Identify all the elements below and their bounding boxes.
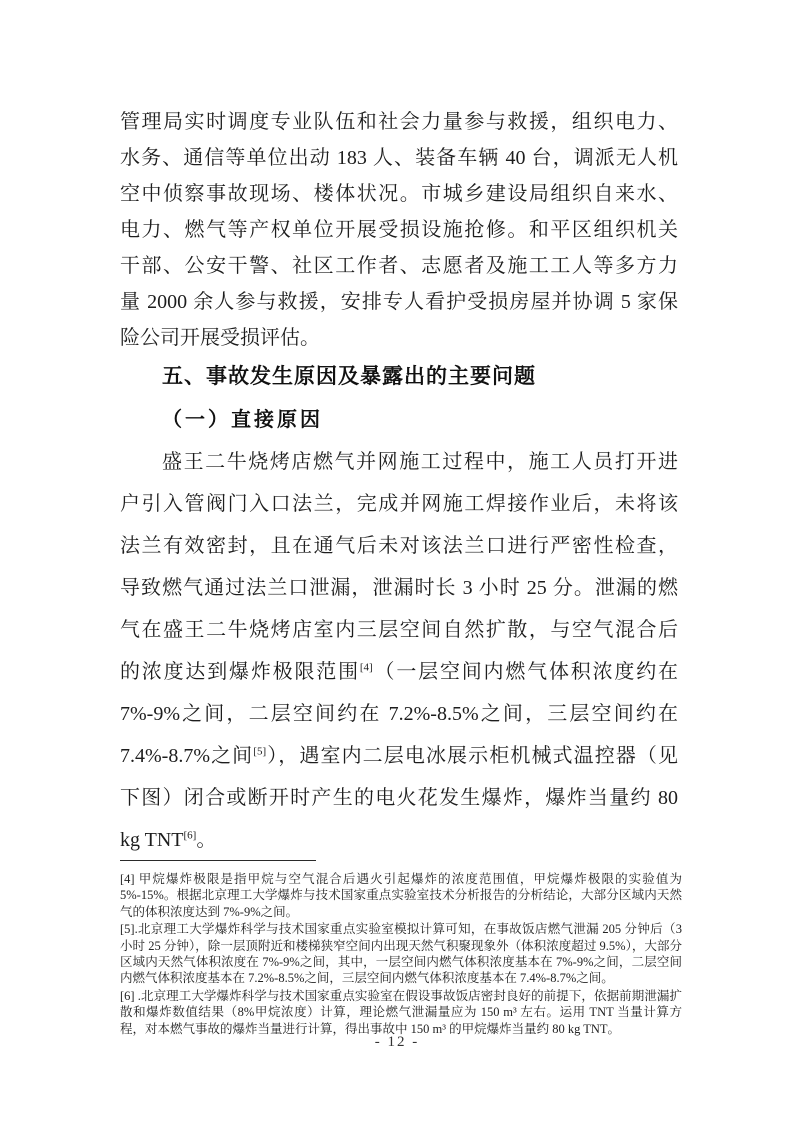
- body-line: 量 2000 余人参与救援，安排专人看护受损房屋并协调 5 家保: [120, 284, 678, 320]
- body-line: 下图）闭合或断开时产生的电火花发生爆炸，爆炸当量约 80: [120, 777, 678, 819]
- sub-heading: （一）直接原因: [120, 399, 678, 441]
- footnote-ref-5: [5]: [253, 745, 266, 757]
- body-line: 7.4%-8.7%之间[5]），遇室内二层电冰展示柜机械式温控器（见: [120, 735, 678, 777]
- body-line: 干部、公安干警、社区工作者、志愿者及施工工人等多方力: [120, 248, 678, 284]
- body-line: 险公司开展受损评估。: [120, 320, 678, 356]
- body-line: 电力、燃气等产权单位开展受损设施抢修。和平区组织机关: [120, 212, 678, 248]
- paragraph-rescue-measures: 管理局实时调度专业队伍和社会力量参与救援，组织电力、 水务、通信等单位出动 18…: [120, 104, 678, 356]
- body-line: 气在盛王二牛烧烤店室内三层空间自然扩散，与空气混合后: [120, 609, 678, 651]
- body-line: kg TNT[6]。: [120, 819, 678, 861]
- page-number: - 12 -: [0, 1034, 794, 1051]
- body-line: 的浓度达到爆炸极限范围[4]（一层空间内燃气体积浓度约在: [120, 651, 678, 693]
- footnote-5: [5].北京理工大学爆炸科学与技术国家重点实验室模拟计算可知，在事故饭店燃气泄漏…: [120, 921, 682, 987]
- body-line: 导致燃气通过法兰口泄漏，泄漏时长 3 小时 25 分。泄漏的燃: [120, 567, 678, 609]
- body-line: 盛王二牛烧烤店燃气并网施工过程中，施工人员打开进: [120, 441, 678, 483]
- body-line: 7%-9%之间，二层空间约在 7.2%-8.5%之间，三层空间约在: [120, 693, 678, 735]
- footnote-ref-4: [4]: [360, 661, 373, 673]
- document-page: 管理局实时调度专业队伍和社会力量参与救援，组织电力、 水务、通信等单位出动 18…: [0, 0, 794, 1123]
- footnote-ref-6: [6]: [184, 829, 197, 841]
- section-heading: 五、事故发生原因及暴露出的主要问题: [120, 356, 678, 398]
- footnote-separator: [120, 860, 316, 861]
- body-text: 7.4%-8.7%之间: [120, 745, 253, 767]
- body-text: 的浓度达到爆炸极限范围: [120, 661, 360, 683]
- footnote-6: [6] .北京理工大学爆炸科学与技术国家重点实验室在假设事故饭店密封良好的前提下…: [120, 988, 682, 1037]
- body-line: 户引入管阀门入口法兰，完成并网施工焊接作业后，未将该: [120, 483, 678, 525]
- paragraph-direct-cause: 盛王二牛烧烤店燃气并网施工过程中，施工人员打开进 户引入管阀门入口法兰，完成并网…: [120, 441, 678, 861]
- body-text: 。: [196, 829, 216, 851]
- body-text: kg TNT: [120, 829, 184, 851]
- body-line: 管理局实时调度专业队伍和社会力量参与救援，组织电力、: [120, 104, 678, 140]
- body-text: （一层空间内燃气体积浓度约在: [373, 661, 678, 683]
- body-line: 空中侦察事故现场、楼体状况。市城乡建设局组织自来水、: [120, 176, 678, 212]
- body-line: 水务、通信等单位出动 183 人、装备车辆 40 台，调派无人机: [120, 140, 678, 176]
- body-text: ），遇室内二层电冰展示柜机械式温控器（见: [266, 745, 678, 767]
- footnote-4: [4] 甲烷爆炸极限是指甲烷与空气混合后遇火引起爆炸的浓度范围值，甲烷爆炸极限的…: [120, 871, 682, 920]
- footnotes-section: [4] 甲烷爆炸极限是指甲烷与空气混合后遇火引起爆炸的浓度范围值，甲烷爆炸极限的…: [120, 871, 682, 1038]
- body-line: 法兰有效密封，且在通气后未对该法兰口进行严密性检查，: [120, 525, 678, 567]
